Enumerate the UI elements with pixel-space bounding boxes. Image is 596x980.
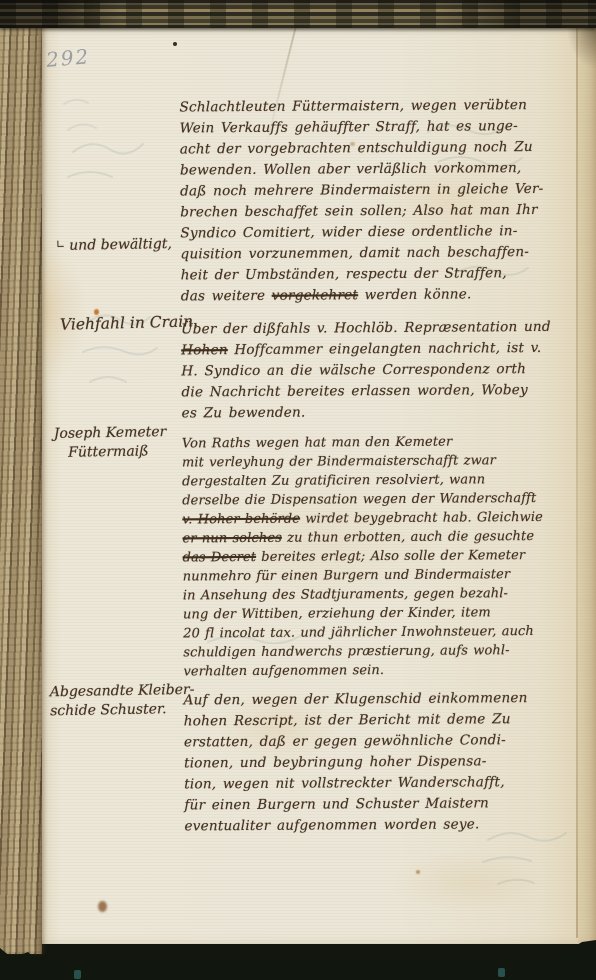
manuscript-line: quisition vorzunemmen, damit nach bescha… — [180, 242, 590, 266]
manuscript-line: daß noch mehrere Bindermaistern in gleic… — [180, 179, 590, 203]
margin-note-line: Abgesandte Kleiber- — [50, 681, 195, 703]
top-right-shadow — [560, 24, 596, 114]
margin-note-3: Joseph KemeterFüttermaiß — [54, 423, 167, 463]
manuscript-line: er nun solches zu thun erbotten, auch di… — [182, 527, 592, 549]
manuscript-line: das weitere vorgekehret werden könne. — [181, 284, 591, 308]
teal-sliver — [498, 968, 505, 977]
manuscript-line: die Nachricht bereites erlassen worden, … — [181, 380, 591, 404]
manuscript-line: brechen beschaffet sein sollen; Also hat… — [180, 200, 590, 224]
manuscript-line: hohen Rescript, ist der Bericht mit deme… — [184, 709, 594, 733]
binding-edge — [0, 14, 42, 954]
manuscript-line: erstatten, daß er gegen gewöhnliche Cond… — [184, 730, 594, 754]
margin-note-line: ∟und bewältigt, — [56, 235, 172, 256]
manuscript-line: tion, wegen nit vollstreckter Wanderscha… — [184, 772, 594, 796]
margin-note-line: Joseph Kemeter — [54, 423, 167, 444]
manuscript-line: Über der dißfahls v. Hochlöb. Repræsenta… — [181, 317, 591, 341]
margin-note-4: Abgesandte Kleiber-schide Schuster. — [50, 681, 195, 722]
text-block: Schlachtleuten Füttermaistern, wegen ver… — [179, 95, 594, 838]
teal-sliver — [74, 970, 81, 979]
manuscript-scan: 292 ∟und bewältigt, Viehfahl in Crain. J… — [0, 0, 596, 980]
manuscript-line: verhalten aufgenommen sein. — [183, 660, 593, 682]
margin-note-line: Viehfahl in Crain. — [60, 312, 199, 335]
manuscript-line: bewenden. Wollen aber verläßlich vorkomm… — [180, 158, 590, 182]
manuscript-line: H. Syndico an die wälsche Correspondenz … — [181, 359, 591, 383]
small-stain — [416, 870, 420, 874]
manuscript-line: Hohen Hoffcammer eingelangten nachricht,… — [181, 338, 591, 362]
ink-fleck — [173, 42, 177, 46]
paragraph-3: Von Raths wegen hat man den Kemetermit v… — [182, 432, 594, 682]
manuscript-line: für einen Burgern und Schuster Maistern — [184, 793, 594, 817]
margin-note-1: ∟und bewältigt, — [56, 235, 172, 256]
manuscript-line: tionen, und beybringung hoher Dispensa- — [184, 751, 594, 775]
manuscript-line: Syndico Comitiert, wider diese ordentlic… — [180, 221, 590, 245]
manuscript-line: heit der Umbständen, respectu der Straff… — [181, 263, 591, 287]
folio-number: 292 — [45, 44, 91, 72]
margin-note-line: Füttermaiß — [54, 442, 167, 463]
paragraph-1: Schlachtleuten Füttermaistern, wegen ver… — [179, 95, 590, 308]
insertion-mark: ∟ — [56, 235, 66, 254]
manuscript-line: 20 fl incolat tax. und jährlicher Inwohn… — [183, 622, 593, 644]
scan-background-bottom — [0, 938, 596, 980]
manuscript-line: Wein Verkauffs gehäuffter Straff, hat es… — [180, 116, 590, 140]
manuscript-line: Schlachtleuten Füttermaistern, wegen ver… — [179, 95, 589, 119]
book-head-edge — [0, 0, 596, 28]
manuscript-line: eventualiter aufgenommen worden seye. — [184, 814, 594, 838]
manuscript-line: acht der vorgebrachten entschuldigung no… — [180, 137, 590, 161]
margin-note-2: Viehfahl in Crain. — [60, 312, 199, 335]
manuscript-page: 292 ∟und bewältigt, Viehfahl in Crain. J… — [28, 22, 596, 944]
manuscript-line: Auf den, wegen der Klugenschid einkommen… — [184, 688, 594, 712]
manuscript-line: es Zu bewenden. — [182, 401, 592, 425]
underlying-page-edge — [578, 24, 596, 944]
paragraph-2: Über der dißfahls v. Hochlöb. Repræsenta… — [181, 317, 592, 425]
paragraph-4: Auf den, wegen der Klugenschid einkommen… — [184, 688, 595, 838]
brown-stain — [98, 901, 107, 912]
margin-note-line: schide Schuster. — [50, 700, 195, 722]
